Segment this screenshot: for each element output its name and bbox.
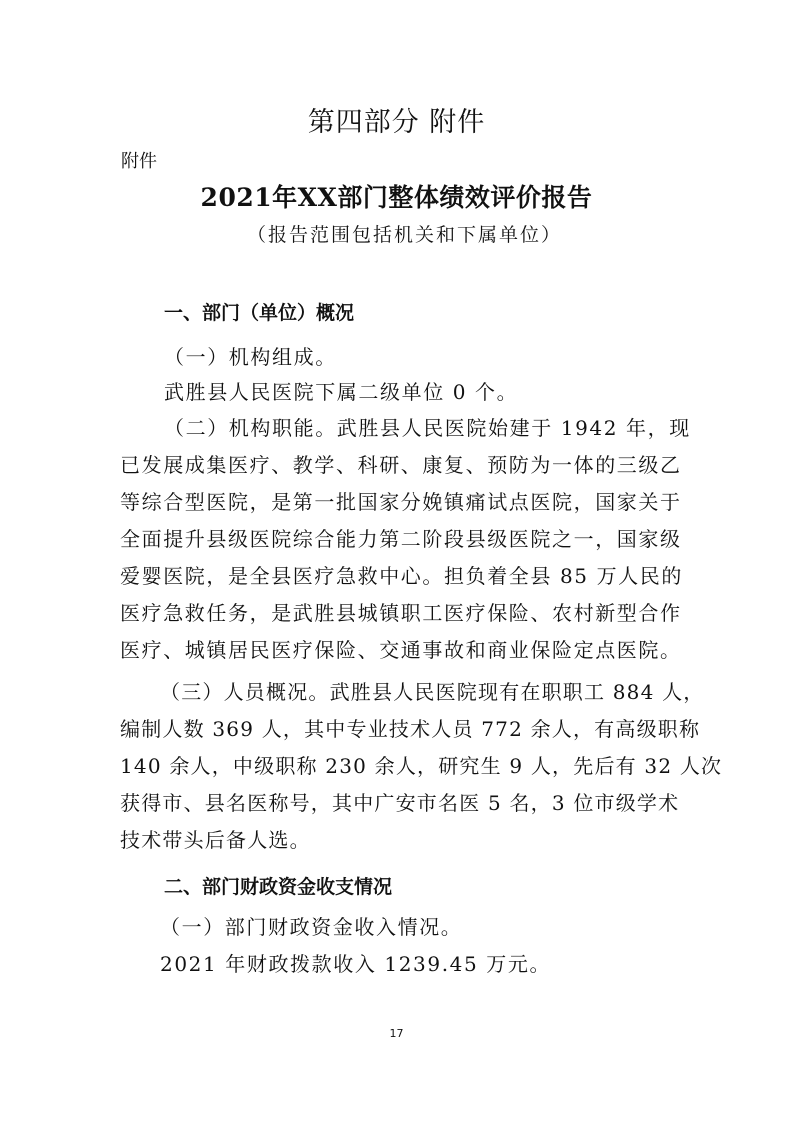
body-line: 2021 年财政拨款收入 1239.45 万元。 — [160, 948, 551, 977]
part-title: 第四部分 附件 — [0, 100, 793, 139]
report-title: 2021年XX部门整体绩效评价报告 — [0, 178, 793, 214]
body-line: （二）机构职能。武胜县人民医院始建于 1942 年，现 — [164, 412, 691, 441]
body-line: （一）部门财政资金收入情况。 — [160, 911, 462, 940]
body-line: 技术带头后备人选。 — [120, 824, 311, 853]
body-line: 武胜县人民医院下属二级单位 0 个。 — [164, 376, 518, 405]
body-line: （三）人员概况。武胜县人民医院现有在职职工 884 人， — [160, 676, 705, 705]
body-line: 已发展成集医疗、教学、科研、康复、预防为一体的三级乙 — [120, 449, 682, 478]
section-heading-overview: 一、部门（单位）概况 — [164, 298, 354, 325]
section-heading-finance: 二、部门财政资金收支情况 — [164, 872, 392, 899]
body-line: 等综合型医院，是第一批国家分娩镇痛试点医院，国家关于 — [120, 486, 682, 515]
attachment-label: 附件 — [121, 147, 157, 173]
body-line: 全面提升县级医院综合能力第二阶段县级医院之一，国家级 — [120, 523, 682, 552]
document-page: 第四部分 附件 附件 2021年XX部门整体绩效评价报告 （报告范围包括机关和下… — [0, 0, 793, 1122]
body-line: （一）机构组成。 — [164, 341, 337, 370]
page-number: 17 — [0, 1027, 793, 1040]
body-line: 爱婴医院，是全县医疗急救中心。担负着全县 85 万人民的 — [120, 560, 683, 589]
report-subtitle: （报告范围包括机关和下属单位） — [247, 220, 562, 247]
body-line: 编制人数 369 人，其中专业技术人员 772 余人，有高级职称 — [120, 713, 700, 742]
body-line: 获得市、县名医称号，其中广安市名医 5 名，3 位市级学术 — [120, 787, 679, 816]
body-line: 医疗、城镇居民医疗保险、交通事故和商业保险定点医院。 — [120, 634, 682, 663]
body-line: 140 余人，中级职称 230 余人，研究生 9 人，先后有 32 人次 — [120, 750, 722, 779]
body-line: 医疗急救任务，是武胜县城镇职工医疗保险、农村新型合作 — [120, 597, 682, 626]
